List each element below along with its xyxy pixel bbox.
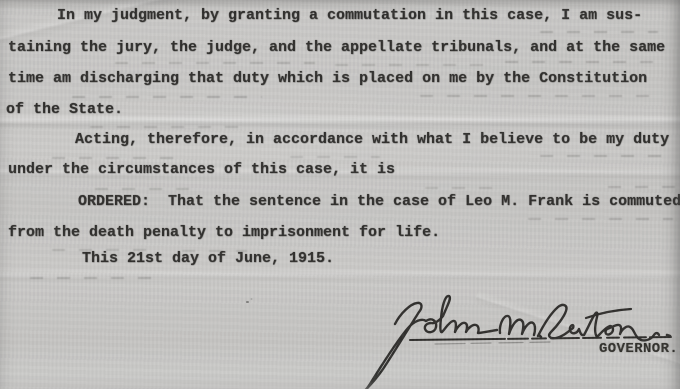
typed-line: In my judgment, by granting a commutatio… [57,7,642,24]
ghost-impression [425,187,505,189]
ghost-impression [30,277,155,279]
ghost-impression [115,62,315,64]
typed-line: ORDERED: That the sentence in the case o… [78,193,680,210]
ghost-impression [95,188,195,190]
ghost-impression [335,64,495,66]
signature-john-m-slaton [340,276,680,389]
typed-line: Acting, therefore, in accordance with wh… [75,131,669,148]
ghost-impression [540,31,658,33]
ghost-impression [72,96,262,98]
typed-line: under the circumstances of this case, it… [8,161,395,178]
ghost-impression [290,156,380,158]
ghost-impression [90,126,250,128]
typed-line: This 21st day of June, 1915. [82,250,334,267]
ghost-impression [540,155,670,157]
ghost-impression [608,186,678,188]
governor-title: GOVERNOR. [599,341,678,357]
typed-line: taining the jury, the judge, and the app… [8,39,665,56]
typed-line: from the death penalty to imprisonment f… [8,224,440,241]
typed-line: time am discharging that duty which is p… [8,70,647,87]
ghost-impression [420,95,655,97]
document-page: In my judgment, by granting a commutatio… [0,0,680,389]
ghost-impression [528,218,673,220]
ghost-impression [505,61,655,63]
ghost-impression [52,157,182,159]
ink-speck [246,301,249,303]
signature-block [340,276,680,389]
typed-line: of the State. [6,101,123,118]
